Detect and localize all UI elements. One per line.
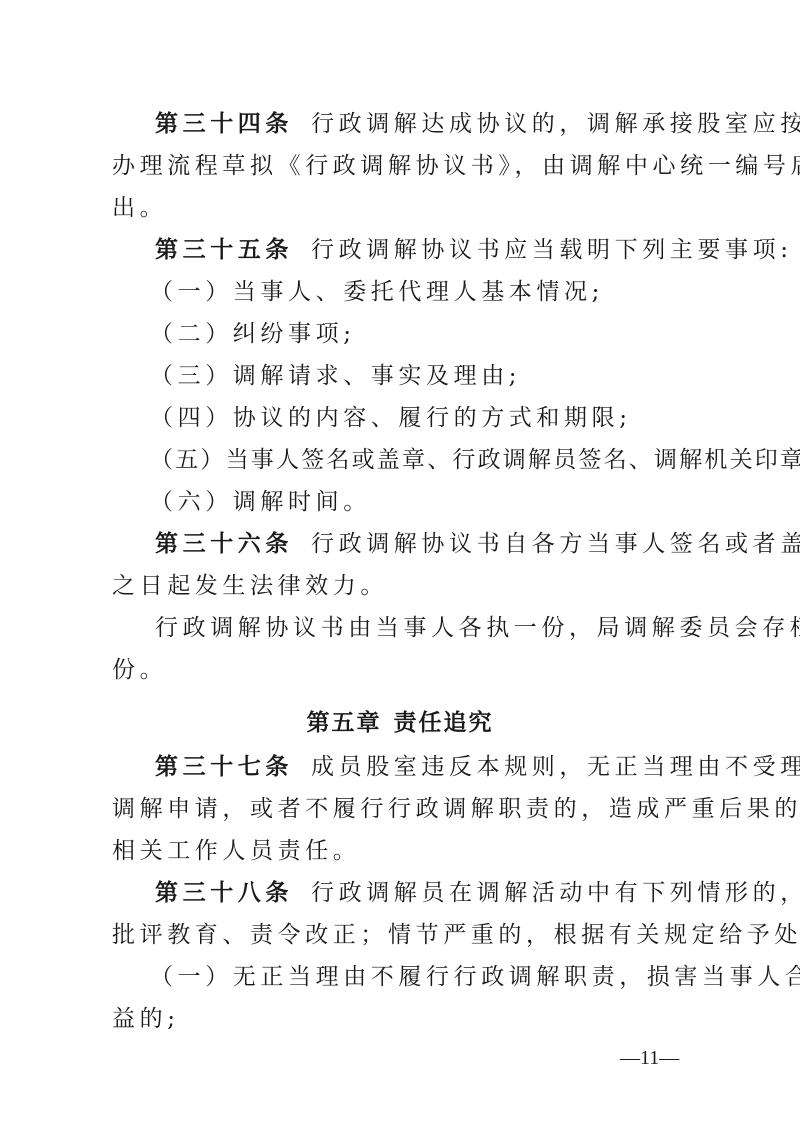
article-number: 第三十五条 (155, 236, 293, 263)
article-38-line-2: 批评教育、责令改正；情节严重的，根据有关规定给予处分: (112, 914, 712, 956)
article-number: 第三十七条 (155, 753, 293, 780)
paragraph-line: 份。 (112, 649, 712, 691)
article-text: 行政调解员在调解活动中有下列情形的，给予 (311, 880, 800, 906)
article-text: 行政调解协议书应当载明下列主要事项: (311, 237, 793, 263)
article-37-line-2: 调解申请，或者不履行行政调解职责的，造成严重后果的，追究 (112, 788, 712, 830)
list-item: （一）无正当理由不履行行政调解职责，损害当事人合法权 (150, 956, 750, 998)
document-page: 第三十四条行政调解达成协议的，调解承接股室应按公文 办理流程草拟《行政调解协议书… (0, 0, 800, 1131)
list-item: （一）当事人、委托代理人基本情况; (150, 271, 750, 313)
chapter-heading: 第五章责任追究 (0, 702, 800, 744)
article-37-line-3: 相关工作人员责任。 (112, 830, 712, 872)
paragraph-line: 行政调解协议书由当事人各执一份，局调解委员会存档一 (155, 607, 755, 649)
article-36-line-2: 之日起发生法律效力。 (112, 565, 712, 607)
list-item: （五）当事人签名或盖章、行政调解员签名、调解机关印章; (150, 439, 750, 481)
article-text: 行政调解协议书自各方当事人签名或者盖章 (311, 531, 800, 557)
article-number: 第三十六条 (155, 530, 293, 557)
article-34-line-1: 第三十四条行政调解达成协议的，调解承接股室应按公文 (155, 103, 755, 145)
article-number: 第三十四条 (155, 110, 293, 137)
article-text: 成员股室违反本规则，无正当理由不受理行政 (311, 754, 800, 780)
article-number: 第三十八条 (155, 879, 293, 906)
chapter-title: 责任追究 (394, 709, 494, 736)
chapter-number: 第五章 (307, 709, 382, 736)
page-number: —11— (620, 1042, 679, 1074)
article-34-line-2: 办理流程草拟《行政调解协议书》，由调解中心统一编号后再发 (112, 145, 712, 187)
list-item: （六）调解时间。 (150, 481, 750, 523)
list-item: （三）调解请求、事实及理由; (150, 355, 750, 397)
article-34-line-3: 出。 (112, 187, 712, 229)
list-item: （四）协议的内容、履行的方式和期限; (150, 397, 750, 439)
article-35-line-1: 第三十五条行政调解协议书应当载明下列主要事项: (155, 229, 755, 271)
list-item: （二）纠纷事项; (150, 313, 750, 355)
article-36-line-1: 第三十六条行政调解协议书自各方当事人签名或者盖章 (155, 523, 755, 565)
article-37-line-1: 第三十七条成员股室违反本规则，无正当理由不受理行政 (155, 746, 755, 788)
list-item-continuation: 益的; (112, 998, 712, 1040)
article-text: 行政调解达成协议的，调解承接股室应按公文 (311, 111, 800, 137)
article-38-line-1: 第三十八条行政调解员在调解活动中有下列情形的，给予 (155, 872, 755, 914)
